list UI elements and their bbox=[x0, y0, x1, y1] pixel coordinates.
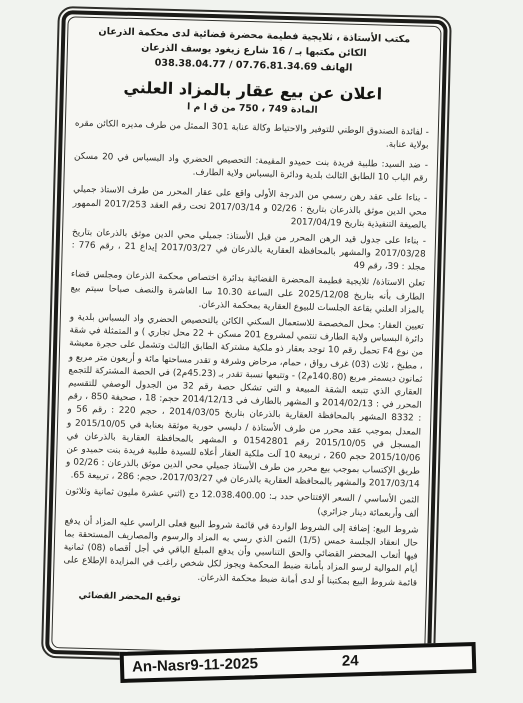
scanned-newspaper-page: { "page": { "office_header": { "line1": … bbox=[0, 0, 523, 703]
paragraph-beneficiary: - لفائدة الصندوق الوطني للتوفير والاحتيا… bbox=[74, 117, 429, 153]
paragraph-mortgage-registration: - بناءا على جدول قيد الرهن المحرر من قبل… bbox=[71, 226, 426, 275]
signature-line: توقيع المحضر القضائي bbox=[62, 590, 416, 609]
newspaper-name-date: An-Nasr9-11-2025 bbox=[132, 655, 258, 676]
paragraph-auction-announcement: تعلن الاستاذة/ ثلايجية فطيمة المحضرة الق… bbox=[70, 269, 425, 318]
page-number: 24 bbox=[342, 652, 359, 669]
paragraph-mortgage-deed: - بناءا على عقد رهن رسمي من الدرجة الأول… bbox=[72, 184, 427, 233]
notice-body: - لفائدة الصندوق الوطني للتوفير والاحتيا… bbox=[63, 117, 429, 590]
notice-frame-mid-border: مكتب الأستاذة ، ثلايجية فطيمة محضرة قضائ… bbox=[45, 10, 448, 664]
paragraph-defendant: - ضد السيد: طلبية فريدة بنت حميدو المقيم… bbox=[74, 150, 429, 186]
office-header: مكتب الأستاذة ، ثلايجية فطيمة محضرة قضائ… bbox=[76, 25, 431, 79]
notice-content: مكتب الأستاذة ، ثلايجية فطيمة محضرة قضائ… bbox=[51, 16, 441, 658]
notice-frame: مكتب الأستاذة ، ثلايجية فطيمة محضرة قضائ… bbox=[41, 6, 452, 668]
paragraph-property-designation: تعيين العقار: محل المخصصة للاستعمال السك… bbox=[66, 311, 424, 492]
paragraph-sale-conditions: شروط البيع: إضافة إلى الشروط الواردة في … bbox=[63, 515, 419, 590]
